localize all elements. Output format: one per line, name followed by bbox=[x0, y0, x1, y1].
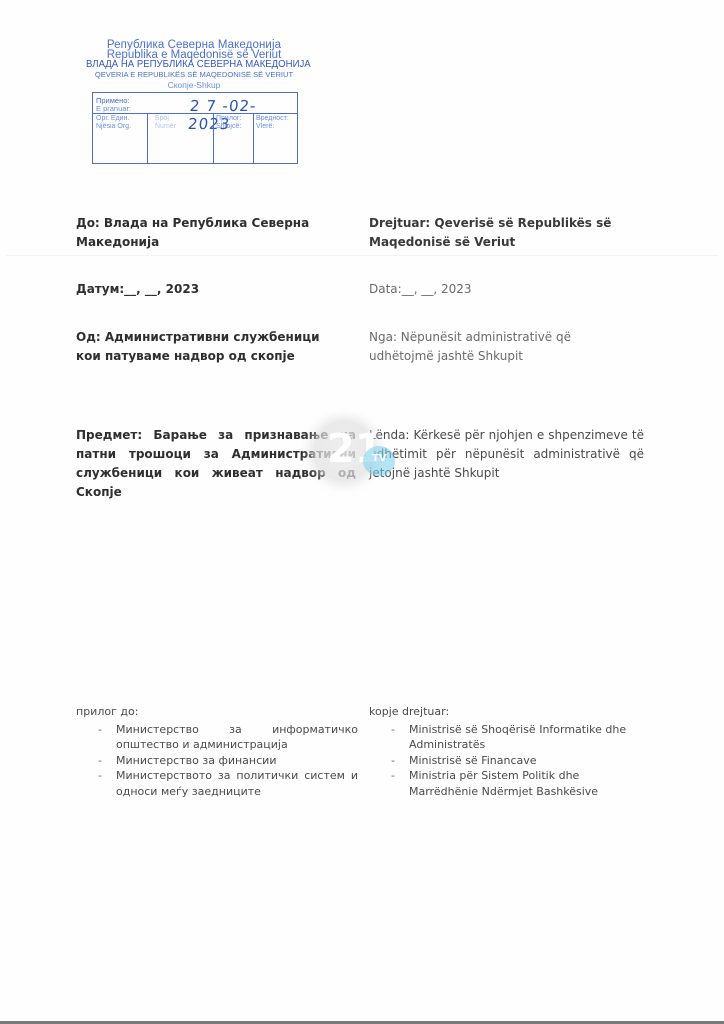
bullet: - bbox=[391, 753, 395, 769]
tv-watermark-logo: 21 TV bbox=[313, 420, 375, 482]
list-item: -Ministria për Sistem Politik dhe Marrëd… bbox=[369, 768, 649, 799]
sender-al: Nga: Nëpunësit administrativë që udhëtoj… bbox=[369, 328, 639, 366]
stamp-col-org-mk: Орг. Един. bbox=[96, 115, 131, 123]
stamp-col-org: Орг. Един. Njësia Org. bbox=[96, 115, 131, 131]
stamp-col-value-al: Vlerë: bbox=[256, 123, 289, 131]
stamp-col-value-mk: Вредност: bbox=[256, 115, 289, 123]
date-al: Data:__, __, 2023 bbox=[369, 280, 472, 299]
bullet: - bbox=[98, 722, 102, 738]
sender-mk: Од: Административни службеници кои патув… bbox=[76, 328, 346, 366]
stamp-col-number: Број Numër bbox=[155, 115, 176, 131]
list-item: -Министерство за финансии bbox=[76, 753, 358, 769]
attachment-item: Ministrisë së Shoqërisë Informatike dhe … bbox=[409, 723, 626, 752]
bullet: - bbox=[98, 753, 102, 769]
subject-al: Lënda: Kërkesë për njohjen e shpenzimeve… bbox=[369, 426, 644, 483]
bullet: - bbox=[391, 768, 395, 784]
bullet: - bbox=[98, 768, 102, 784]
watermark-badge: TV bbox=[363, 446, 395, 476]
document-page: Република Северна Македонија Republika e… bbox=[0, 0, 724, 1021]
attachments-al-list: -Ministrisë së Shoqërisë Informatike dhe… bbox=[369, 722, 649, 800]
attachments-al: kopje drejtuar: -Ministrisë së Shoqërisë… bbox=[369, 704, 649, 799]
stamp-divider bbox=[93, 113, 297, 114]
watermark-suffix: TV bbox=[372, 453, 387, 464]
stamp-col-org-al: Njësia Org. bbox=[96, 123, 131, 131]
stamp-divider bbox=[147, 113, 148, 163]
stamp-col-attachment-mk: Прилог: bbox=[216, 115, 241, 123]
list-item: -Ministrisë së Financave bbox=[369, 753, 649, 769]
recipient-mk: До: Влада на Република Северна Македониј… bbox=[76, 214, 356, 252]
stamp-col-attachment: Прилог: Shtojcë: bbox=[216, 115, 241, 131]
stamp-received-label-al: E pranuar: bbox=[96, 105, 131, 113]
stamp-table: Примено: E pranuar: 2 7 -02- 2023 Орг. Е… bbox=[92, 92, 298, 164]
list-item: -Министерството за политички систем и од… bbox=[76, 768, 358, 799]
attachment-item: Ministrisë së Financave bbox=[409, 754, 537, 767]
attachment-item: Ministria për Sistem Politik dhe Marrëdh… bbox=[409, 769, 598, 798]
list-item: -Ministrisë së Shoqërisë Informatike dhe… bbox=[369, 722, 649, 753]
stamp-divider bbox=[213, 113, 214, 163]
stamp-divider bbox=[253, 113, 254, 163]
list-item: -Министерство за информатичко општество … bbox=[76, 722, 358, 753]
bullet: - bbox=[391, 722, 395, 738]
recipient-al: Drejtuar: Qeverisë së Republikës së Maqe… bbox=[369, 214, 659, 252]
attachments-mk-label: прилог до: bbox=[76, 704, 358, 720]
registry-stamp: Република Северна Македонија Republika e… bbox=[86, 40, 302, 90]
stamp-line-4: QEVERIA E REPUBLIKËS SË MAQEDONISË SË VE… bbox=[86, 70, 302, 80]
subject-mk: Предмет: Барање за признавање на патни т… bbox=[76, 426, 356, 502]
fold-line bbox=[6, 255, 718, 256]
stamp-line-5: Скопје-Shkup bbox=[86, 80, 302, 90]
attachments-mk: прилог до: -Министерство за информатичко… bbox=[76, 704, 358, 799]
attachments-mk-list: -Министерство за информатичко општество … bbox=[76, 722, 358, 800]
stamp-col-number-mk: Број bbox=[155, 115, 176, 123]
stamp-line-3: ВЛАДА НА РЕПУБЛИКА СЕВЕРНА МАКЕДОНИЈА bbox=[86, 60, 302, 71]
attachments-al-label: kopje drejtuar: bbox=[369, 704, 649, 720]
attachment-item: Министерството за политички систем и одн… bbox=[116, 769, 358, 798]
stamp-col-value: Вредност: Vlerë: bbox=[256, 115, 289, 131]
date-mk: Датум:__, __, 2023 bbox=[76, 280, 199, 299]
stamp-col-number-al: Numër bbox=[155, 123, 176, 131]
attachment-item: Министерство за финансии bbox=[116, 754, 276, 767]
stamp-col-attachment-al: Shtojcë: bbox=[216, 123, 241, 131]
attachment-item: Министерство за информатичко општество и… bbox=[116, 723, 358, 752]
